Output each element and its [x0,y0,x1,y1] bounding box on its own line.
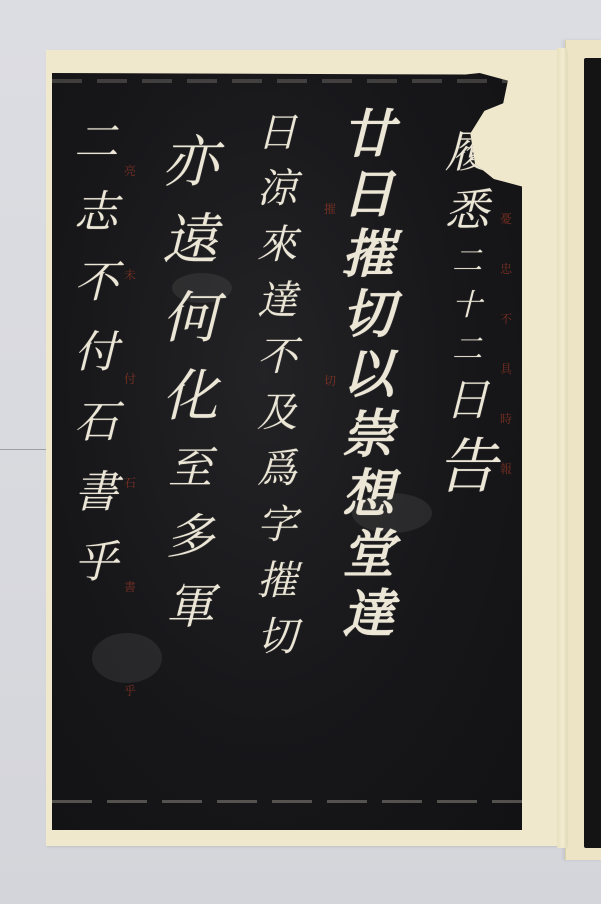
script-char: 摧 [257,561,297,601]
annotation-char: 付 [124,373,136,385]
annotation-char: 摧 [324,203,336,215]
annotation-char: 切 [324,375,336,387]
script-char: 化 [162,369,218,425]
script-char: 摧 [342,229,394,281]
script-char: 字 [257,505,297,545]
annotation-char: 忠 [500,263,512,275]
script-char: 達 [342,589,394,641]
script-char: 至 [168,447,212,491]
annotation-column-left: 亮 未 付 石 書 乎 [124,165,136,697]
next-page-edge [565,40,601,860]
script-char: 日 [342,169,394,221]
annotation-char: 未 [124,269,136,281]
annotation-char: 報 [500,463,512,475]
annotation-char: 具 [500,363,512,375]
script-char: 二 [452,335,482,365]
page-fold [557,48,567,848]
annotation-char: 乎 [124,685,136,697]
annotation-char: 石 [124,477,136,489]
script-char: 及 [257,393,297,433]
script-column-5: 二 志 不 付 石 書 乎 [74,121,118,585]
script-char: 想 [342,469,394,521]
annotation-char: 不 [500,313,512,325]
rubbing-top-border [52,79,522,83]
annotation-column-mid: 摧 切 [324,203,336,387]
annotation-column-right: 憂 忠 不 具 時 報 [500,213,512,475]
script-char: 亦 [162,135,218,191]
script-char: 涼 [257,169,297,209]
script-column-4: 亦 遠 何 化 至 多 軍 [162,135,218,631]
script-char: 以 [342,349,394,401]
script-char: 告 [437,437,497,497]
script-char: 崇 [342,409,394,461]
script-char: 何 [162,291,218,347]
script-column-3: 日 涼 來 達 不 及 爲 字 摧 切 [257,113,297,657]
annotation-char: 時 [500,413,512,425]
ink-rubbing: 履 悉 二 十 二 日 告 廿 日 摧 切 以 崇 想 堂 達 日 涼 來 達 … [52,73,522,830]
script-column-2: 廿 日 摧 切 以 崇 想 堂 達 [342,109,394,641]
script-char: 遠 [162,213,218,269]
script-char: 十 [452,291,482,321]
annotation-char: 憂 [500,213,512,225]
script-char: 日 [257,113,297,153]
script-char: 二 [452,247,482,277]
script-char: 爲 [257,449,297,489]
script-char: 付 [74,331,118,375]
script-char: 日 [445,379,489,423]
script-char: 廿 [342,109,394,161]
script-char: 悉 [445,189,489,233]
background-edge-line [0,449,50,450]
script-column-1: 履 悉 二 十 二 日 告 [437,131,497,497]
photo-scene: 履 悉 二 十 二 日 告 廿 日 摧 切 以 崇 想 堂 達 日 涼 來 達 … [0,0,601,904]
script-char: 不 [257,337,297,377]
script-char: 來 [257,225,297,265]
script-char: 軍 [166,583,214,631]
script-char: 不 [74,261,118,305]
script-char: 堂 [342,529,394,581]
script-char: 石 [74,401,118,445]
rubbing-bottom-border [52,800,522,803]
script-char: 乎 [74,541,118,585]
script-char: 切 [257,617,297,657]
annotation-char: 書 [124,581,136,593]
script-char: 二 [74,121,118,165]
script-char: 書 [74,471,118,515]
next-page-ink-strip [584,58,601,848]
script-char: 志 [74,191,118,235]
annotation-char: 亮 [124,165,136,177]
script-char: 切 [342,289,394,341]
script-char: 達 [257,281,297,321]
script-char: 多 [166,513,214,561]
